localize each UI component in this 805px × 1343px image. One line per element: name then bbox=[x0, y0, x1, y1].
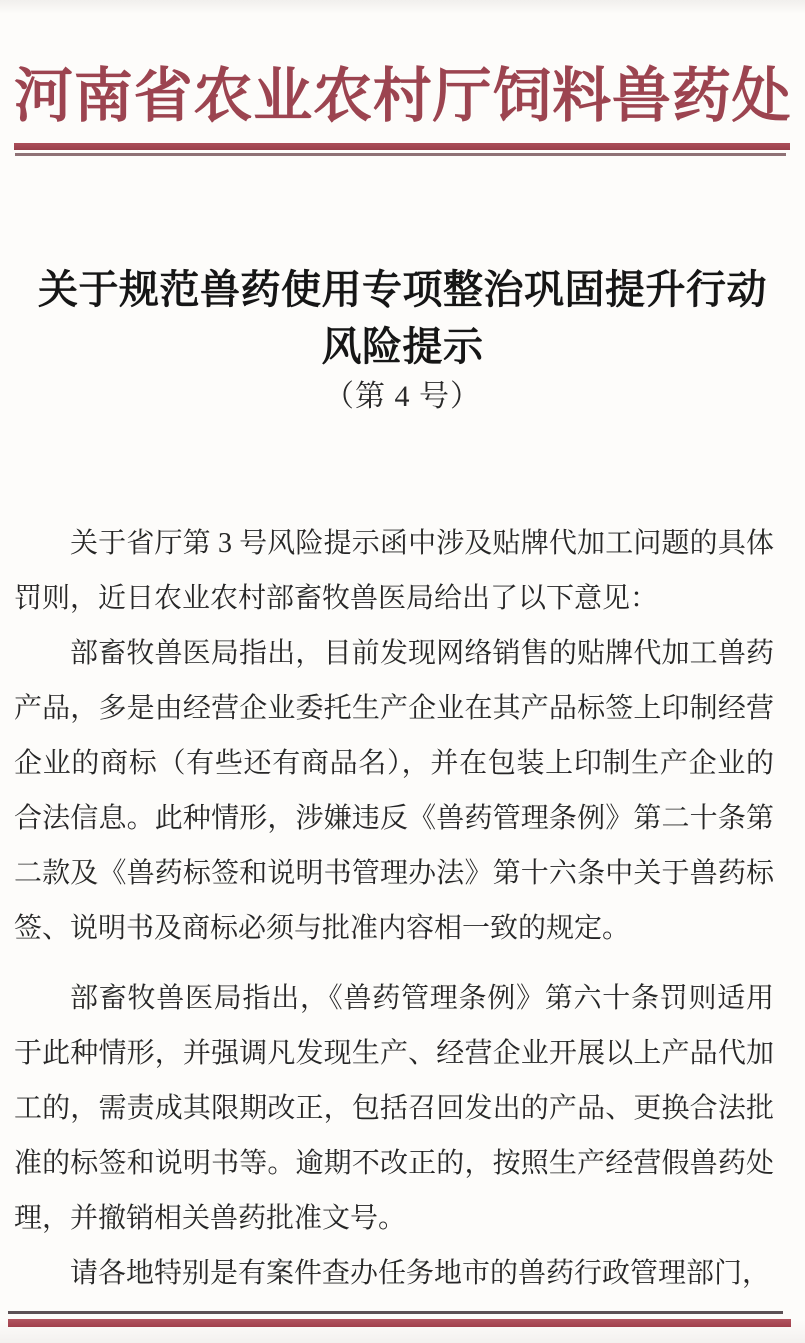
letterhead-rule-thick bbox=[14, 143, 790, 150]
document-body: 关于省厅第 3 号风险提示函中涉及贴牌代加工问题的具体罚则，近日农业农村部畜牧兽… bbox=[0, 516, 774, 1301]
footer-rule-thick bbox=[8, 1319, 791, 1327]
document-title: 关于规范兽药使用专项整治巩固提升行动 风险提示 bbox=[20, 261, 785, 375]
body-paragraph: 关于省厅第 3 号风险提示函中涉及贴牌代加工问题的具体罚则，近日农业农村部畜牧兽… bbox=[14, 516, 774, 626]
letterhead-rule-thin bbox=[15, 153, 786, 156]
issue-number: （第 4 号） bbox=[0, 375, 805, 419]
body-paragraph: 部畜牧兽医局指出，目前发现网络销售的贴牌代加工兽药产品，多是由经营企业委托生产企… bbox=[14, 626, 774, 956]
scanned-notice-page: 河南省农业农村厅饲料兽药处 关于规范兽药使用专项整治巩固提升行动 风险提示 （第… bbox=[0, 0, 805, 1343]
letterhead-title: 河南省农业农村厅饲料兽药处 bbox=[0, 52, 805, 140]
footer-rule-thin bbox=[8, 1311, 783, 1314]
body-paragraph: 部畜牧兽医局指出，《兽药管理条例》第六十条罚则适用于此种情形，并强调凡发现生产、… bbox=[14, 971, 774, 1246]
letterhead: 河南省农业农村厅饲料兽药处 bbox=[0, 0, 805, 156]
body-paragraph: 请各地特别是有案件查办任务地市的兽药行政管理部门， bbox=[14, 1246, 774, 1301]
document-title-line2: 风险提示 bbox=[20, 318, 785, 375]
document-title-line1: 关于规范兽药使用专项整治巩固提升行动 bbox=[20, 261, 785, 318]
